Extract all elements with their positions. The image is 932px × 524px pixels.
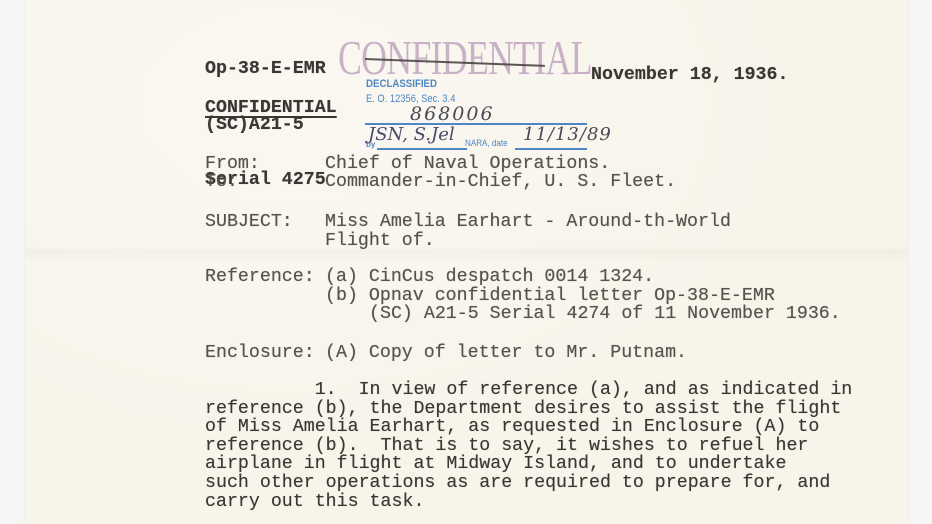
memo-date: November 18, 1936. xyxy=(591,66,788,85)
to-label: To: xyxy=(205,173,238,192)
classification-heading: CONFIDENTIAL xyxy=(205,99,337,118)
from-value: Chief of Naval Operations. xyxy=(325,155,610,174)
body-paragraph-1: 1. In view of reference (a), and as indi… xyxy=(205,381,852,511)
to-value: Commander-in-Chief, U. S. Fleet. xyxy=(325,173,676,192)
subject-label: SUBJECT: xyxy=(205,213,293,232)
file-code-line: (SC)A21-5 xyxy=(205,116,326,135)
declassified-stamp-number: 868006 xyxy=(410,103,495,125)
typed-memo-page: Op-38-E-EMR (SC)A21-5 Serial 4275 CONFID… xyxy=(25,0,908,524)
stamp-date-line xyxy=(515,148,587,150)
from-label: From: xyxy=(205,155,260,174)
subject-value: Miss Amelia Earhart - Around-th-World Fl… xyxy=(325,213,731,250)
file-code-block: Op-38-E-EMR (SC)A21-5 Serial 4275 xyxy=(205,23,326,227)
declassified-stamp-agency-label: NARA, date xyxy=(465,138,508,149)
reference-label: Reference: xyxy=(205,268,315,287)
declassified-stamp-signature: JSN, S.Jel xyxy=(368,124,455,145)
reference-item: (b) Opnav confidential letter Op-38-E-EM… xyxy=(325,287,775,306)
stamp-signature-line xyxy=(377,148,467,150)
enclosure-value: (A) Copy of letter to Mr. Putnam. xyxy=(325,344,687,363)
declassified-stamp-title: DECLASSIFIED xyxy=(366,78,437,90)
file-code-line: Op-38-E-EMR xyxy=(205,60,326,79)
reference-item: (a) CinCus despatch 0014 1324. xyxy=(325,268,654,287)
reference-item-continuation: (SC) A21-5 Serial 4274 of 11 November 19… xyxy=(369,305,841,324)
enclosure-label: Enclosure: xyxy=(205,344,315,363)
declassified-stamp-date: 11/13/89 xyxy=(523,124,612,145)
